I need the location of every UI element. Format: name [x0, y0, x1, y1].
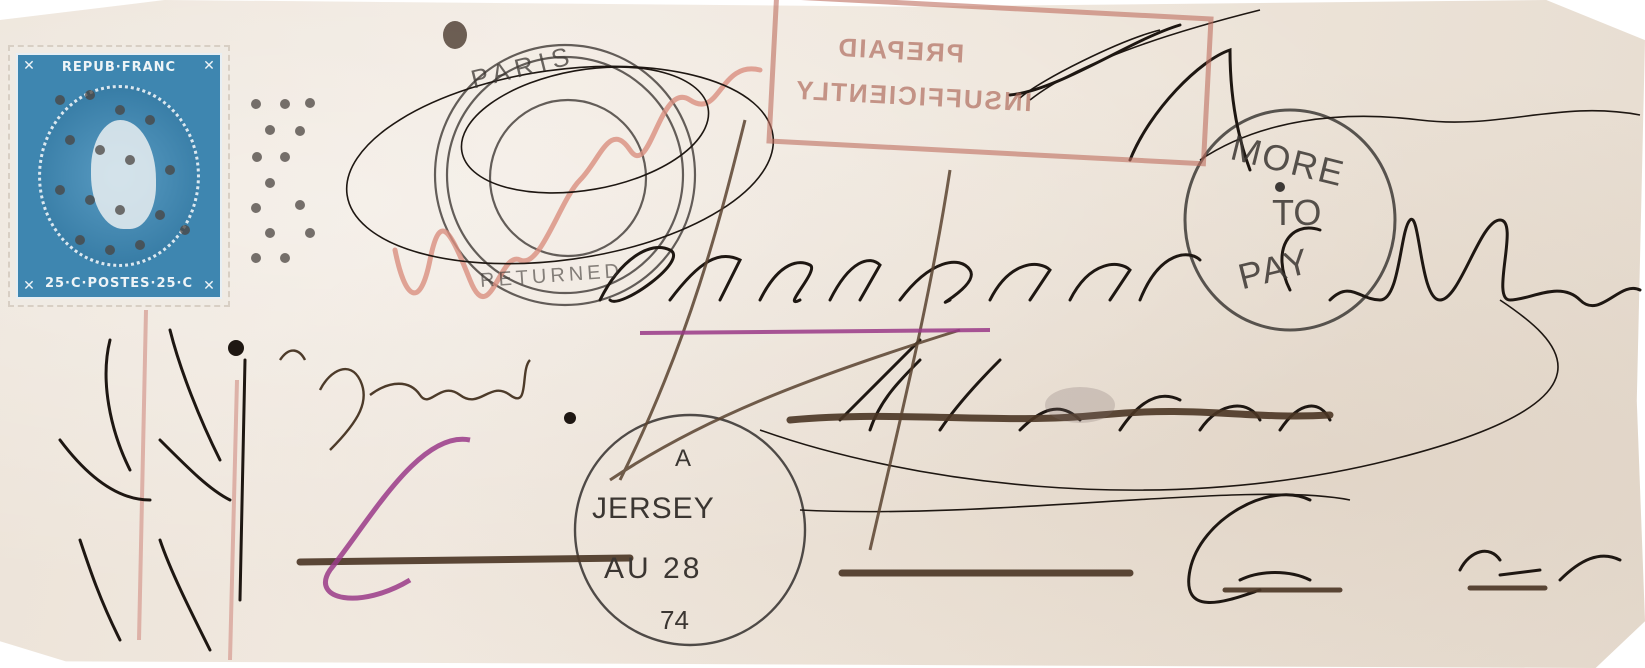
box-stamp-line1: PREPAID	[836, 32, 965, 70]
jersey-postmark-line1: A	[675, 445, 691, 473]
strike-through-lines	[300, 411, 1545, 590]
redirect-handwriting	[280, 351, 530, 450]
tax-numeral-strokes	[610, 120, 960, 550]
jersey-postmark-line4: 74	[660, 605, 689, 636]
insufficiently-prepaid-box-stamp: PREPAID INSUFFICIENTLY	[766, 0, 1213, 166]
dotted-cancel-icon	[55, 90, 315, 263]
more-to-pay-line2: TO	[1272, 192, 1321, 234]
purple-tax-mark-icon	[325, 439, 470, 598]
left-vertical-note	[60, 330, 245, 650]
jersey-postmark-line2: JERSEY	[592, 492, 715, 526]
box-stamp-line2: INSUFFICIENTLY	[793, 75, 1032, 118]
jersey-postmark-line3: AU 28	[604, 552, 702, 586]
